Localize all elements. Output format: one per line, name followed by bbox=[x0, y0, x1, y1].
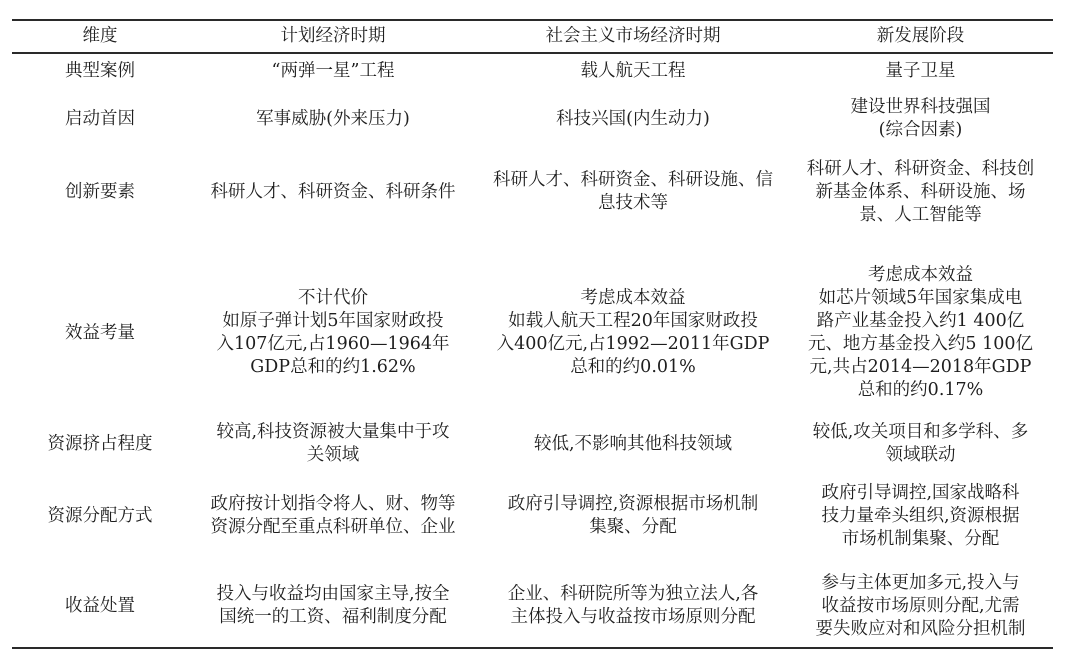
cell-market: 载人航天工程 bbox=[478, 54, 788, 88]
header-dimension: 维度 bbox=[12, 21, 188, 52]
cell-planned: “两弹一星”工程 bbox=[188, 54, 478, 88]
cell-market: 政府引导调控,资源根据市场机制 集聚、分配 bbox=[478, 473, 788, 559]
cell-market: 科技兴国(内生动力) bbox=[478, 88, 788, 150]
header-market-economy: 社会主义市场经济时期 bbox=[478, 21, 788, 52]
table-header-row: 维度 计划经济时期 社会主义市场经济时期 新发展阶段 bbox=[12, 21, 1053, 52]
row-label: 典型案例 bbox=[12, 54, 188, 88]
cell-new-stage: 政府引导调控,国家战略科 技力量牵头组织,资源根据 市场机制集聚、分配 bbox=[788, 473, 1053, 559]
row-label: 收益处置 bbox=[12, 567, 188, 645]
row-label: 创新要素 bbox=[12, 150, 188, 234]
cell-new-stage: 建设世界科技强国 (综合因素) bbox=[788, 88, 1053, 150]
table-row: 资源分配方式 政府按计划指令将人、财、物等 资源分配至重点科研单位、企业 政府引… bbox=[12, 473, 1053, 559]
table-row: 典型案例 “两弹一星”工程 载人航天工程 量子卫星 bbox=[12, 54, 1053, 88]
cell-planned: 投入与收益均由国家主导,按全 国统一的工资、福利制度分配 bbox=[188, 567, 478, 645]
table-bottom-rule bbox=[12, 647, 1053, 649]
cell-market: 科研人才、科研资金、科研设施、信 息技术等 bbox=[478, 150, 788, 234]
row-label: 启动首因 bbox=[12, 88, 188, 150]
header-planned-economy: 计划经济时期 bbox=[188, 21, 478, 52]
cell-new-stage: 考虑成本效益 如芯片领域5年国家集成电 路产业基金投入约1 400亿 元、地方基… bbox=[788, 234, 1053, 432]
cell-market: 考虑成本效益 如载人航天工程20年国家财政投 入400亿元,占1992—2011… bbox=[478, 234, 788, 432]
table-row: 资源挤占程度 较高,科技资源被大量集中于攻 关领域 较低,不影响其他科技领域 较… bbox=[12, 415, 1053, 473]
cell-planned: 科研人才、科研资金、科研条件 bbox=[188, 150, 478, 234]
row-label: 资源分配方式 bbox=[12, 473, 188, 559]
cell-new-stage: 参与主体更加多元,投入与 收益按市场原则分配,尤需 要失败应对和风险分担机制 bbox=[788, 567, 1053, 645]
table-row: 创新要素 科研人才、科研资金、科研条件 科研人才、科研资金、科研设施、信 息技术… bbox=[12, 150, 1053, 234]
cell-new-stage: 较低,攻关项目和多学科、多 领域联动 bbox=[788, 415, 1053, 473]
cell-planned: 不计代价 如原子弹计划5年国家财政投 入107亿元,占1960—1964年 GD… bbox=[188, 234, 478, 432]
header-new-stage: 新发展阶段 bbox=[788, 21, 1053, 52]
row-label: 效益考量 bbox=[12, 234, 188, 432]
table-row: 启动首因 军事威胁(外来压力) 科技兴国(内生动力) 建设世界科技强国 (综合因… bbox=[12, 88, 1053, 150]
row-label: 资源挤占程度 bbox=[12, 415, 188, 473]
table-row: 收益处置 投入与收益均由国家主导,按全 国统一的工资、福利制度分配 企业、科研院… bbox=[12, 567, 1053, 645]
cell-planned: 较高,科技资源被大量集中于攻 关领域 bbox=[188, 415, 478, 473]
cell-new-stage: 科研人才、科研资金、科技创 新基金体系、科研设施、场 景、人工智能等 bbox=[788, 150, 1053, 234]
table-row: 效益考量 不计代价 如原子弹计划5年国家财政投 入107亿元,占1960—196… bbox=[12, 234, 1053, 432]
cell-planned: 政府按计划指令将人、财、物等 资源分配至重点科研单位、企业 bbox=[188, 473, 478, 559]
cell-market: 较低,不影响其他科技领域 bbox=[478, 415, 788, 473]
cell-planned: 军事威胁(外来压力) bbox=[188, 88, 478, 150]
cell-new-stage: 量子卫星 bbox=[788, 54, 1053, 88]
cell-market: 企业、科研院所等为独立法人,各 主体投入与收益按市场原则分配 bbox=[478, 567, 788, 645]
